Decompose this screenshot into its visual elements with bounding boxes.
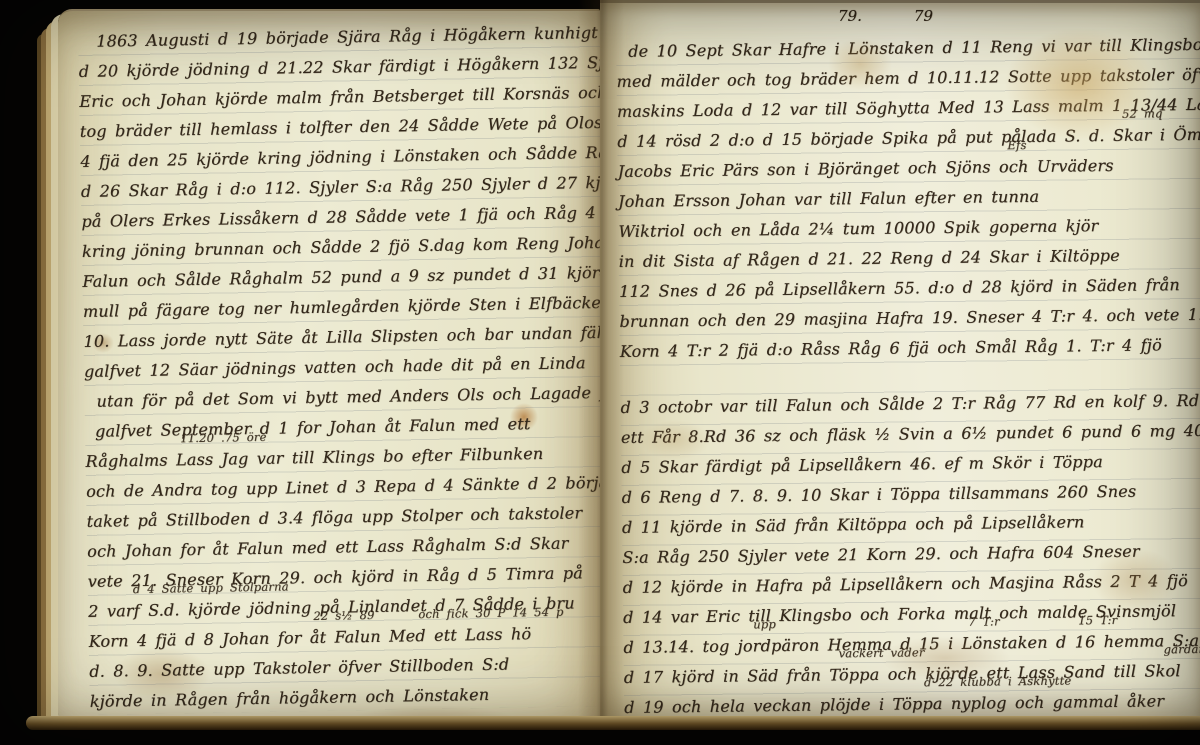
right-page-manuscript-text: de 10 Sept Skar Hafre i Lönstaken d 11 R… — [616, 30, 1200, 725]
page-number-left: 79. — [838, 7, 862, 25]
left-page-manuscript-text: 1863 Augusti d 19 började Sjära Råg i Hö… — [78, 17, 600, 715]
interline-note: gärdan — [1164, 649, 1200, 650]
manuscript-line: Korn 4 T:r 2 fjä d:o Råss Råg 6 fjä och … — [620, 330, 1200, 367]
photo-background: 1863 Augusti d 19 började Sjära Råg i Hö… — [0, 0, 1200, 745]
page-edges-bottom — [26, 716, 1200, 730]
right-page: 79. 79 de 10 Sept Skar Hafre i Lönstaken… — [600, 0, 1200, 725]
page-number-right: 79 — [914, 7, 933, 25]
left-page: 1863 Augusti d 19 började Sjära Råg i Hö… — [58, 9, 600, 719]
page-number: 79. 79 — [838, 7, 933, 25]
